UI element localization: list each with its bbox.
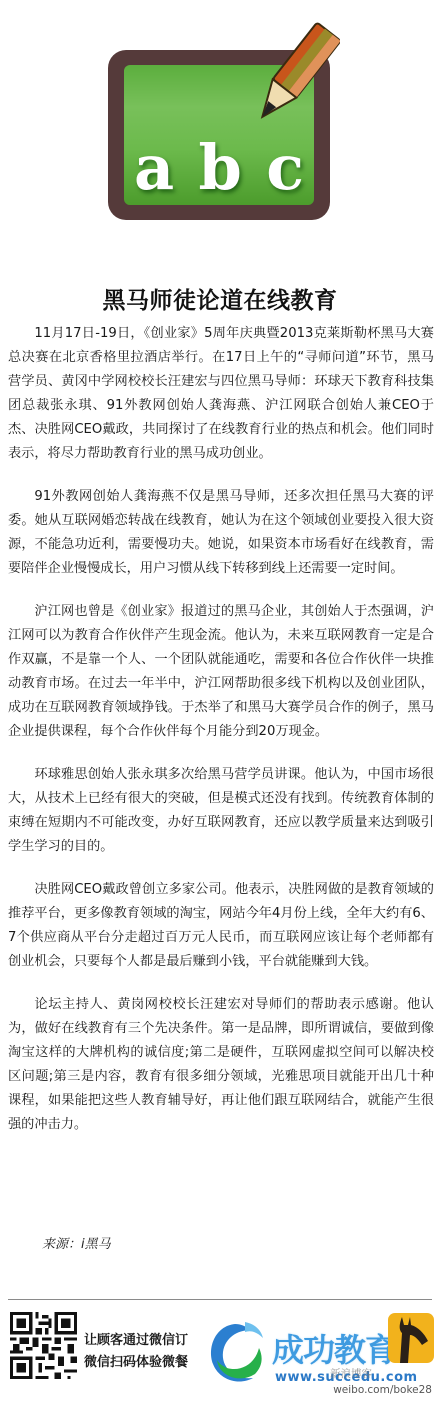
svg-text:✦: ✦ — [243, 1343, 253, 1357]
letter-a: a — [134, 137, 174, 199]
wechat-promo-text: 让顾客通过微信订 微信扫码体验微餐 — [84, 1330, 188, 1374]
promo-line: 微信扫码体验微餐 — [84, 1352, 188, 1374]
paragraph: 11月17日-19日，《创业家》5周年庆典暨2013克莱斯勒杯黑马大赛总决赛在北… — [8, 322, 434, 466]
letter-b: b — [199, 137, 242, 199]
paragraph: 决胜网CEO戴政曾创立多家公司。他表示，决胜网做的是教育领域的推荐平台，更多像教… — [8, 878, 434, 974]
abc-letters: a b c — [124, 137, 314, 199]
weibo-link[interactable]: weibo.com/boke28 — [333, 1384, 432, 1396]
giraffe-icon — [388, 1313, 434, 1363]
succedu-logo-icon: ✦ — [205, 1320, 265, 1386]
blog-watermark: 新浪博客 — [330, 1366, 372, 1381]
letter-c: c — [266, 137, 304, 199]
qr-code-icon[interactable] — [10, 1312, 77, 1379]
source-credit: 来源：i黑马 — [42, 1233, 111, 1252]
pencil-icon — [250, 20, 340, 130]
footer-divider — [8, 1299, 432, 1300]
promo-line: 让顾客通过微信订 — [84, 1330, 188, 1352]
hero-illustration: a b c — [0, 0, 440, 280]
article-body: 11月17日-19日，《创业家》5周年庆典暨2013克莱斯勒杯黑马大赛总决赛在北… — [8, 322, 434, 1156]
article-title: 黑马师徒论道在线教育 — [0, 286, 440, 316]
paragraph: 论坛主持人、黄岗网校校长汪建宏对导师们的帮助表示感谢。他认为，做好在线教育有三个… — [8, 993, 434, 1137]
paragraph: 环球雅思创始人张永琪多次给黑马营学员讲课。他认为，中国市场很大，从技术上已经有很… — [8, 763, 434, 859]
paragraph: 沪江网也曾是《创业家》报道过的黑马企业，其创始人于杰强调，沪江网可以为教育合作伙… — [8, 600, 434, 744]
paragraph: 91外教网创始人龚海燕不仅是黑马导师，还多次担任黑马大赛的评委。她从互联网婚恋转… — [8, 485, 434, 581]
brand-name: 成功教育 — [272, 1333, 396, 1367]
